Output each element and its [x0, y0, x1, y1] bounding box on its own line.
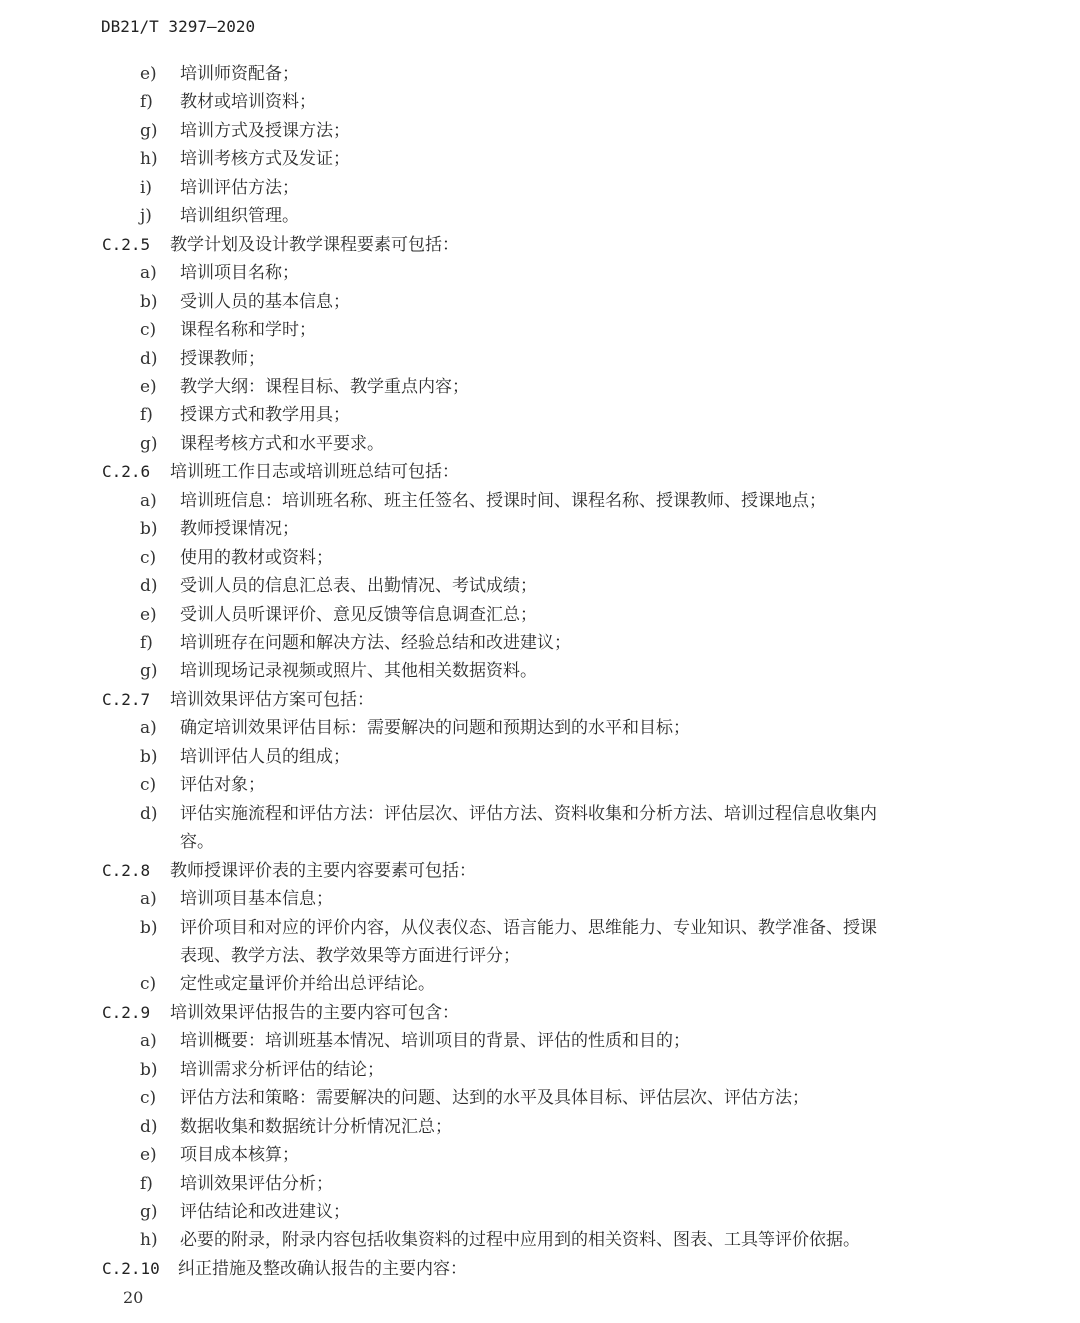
- list-item-text: 培训班存在问题和解决方法、经验总结和改进建议；: [180, 629, 571, 657]
- list-item-text: 培训现场记录视频或照片、其他相关数据资料。: [180, 657, 537, 685]
- list-item: c)定性或定量评价并给出总评结论。: [0, 970, 1080, 998]
- list-item-text: 培训需求分析评估的结论；: [180, 1056, 384, 1084]
- list-item-continuation: 容。: [0, 828, 1080, 856]
- list-item: d)评估实施流程和评估方法：评估层次、评估方法、资料收集和分析方法、培训过程信息…: [0, 800, 1080, 828]
- list-item-text: 评估结论和改进建议；: [180, 1198, 350, 1226]
- list-item: f)培训班存在问题和解决方法、经验总结和改进建议；: [0, 629, 1080, 657]
- section-heading: C.2.7培训效果评估方案可包括：: [0, 686, 1080, 714]
- list-marker: b): [140, 743, 158, 771]
- section-number: C.2.7: [102, 686, 150, 714]
- list-item-text: 培训项目名称；: [180, 259, 299, 287]
- list-marker: g): [140, 657, 158, 685]
- list-item: e)受训人员听课评价、意见反馈等信息调查汇总；: [0, 601, 1080, 629]
- list-item-text: 评估方法和策略：需要解决的问题、达到的水平及具体目标、评估层次、评估方法；: [180, 1084, 809, 1112]
- list-marker: c): [140, 544, 156, 572]
- list-item: e)教学大纲：课程目标、教学重点内容；: [0, 373, 1080, 401]
- list-marker: e): [140, 373, 157, 401]
- list-item: b)培训需求分析评估的结论；: [0, 1056, 1080, 1084]
- list-item: j)培训组织管理。: [0, 202, 1080, 230]
- list-item: d)数据收集和数据统计分析情况汇总；: [0, 1113, 1080, 1141]
- list-item-text: 教师授课情况；: [180, 515, 299, 543]
- list-item-text: 培训概要：培训班基本情况、培训项目的背景、评估的性质和目的；: [180, 1027, 690, 1055]
- list-item: h)培训考核方式及发证；: [0, 145, 1080, 173]
- list-marker: a): [140, 714, 157, 742]
- list-item: a)培训概要：培训班基本情况、培训项目的背景、评估的性质和目的；: [0, 1027, 1080, 1055]
- section-number: C.2.9: [102, 999, 150, 1027]
- list-item-text: 容。: [180, 828, 214, 856]
- list-item-text: 必要的附录，附录内容包括收集资料的过程中应用到的相关资料、图表、工具等评价依据。: [180, 1226, 860, 1254]
- list-item-text: 培训班信息：培训班名称、班主任签名、授课时间、课程名称、授课教师、授课地点；: [180, 487, 826, 515]
- list-item-text: 教学大纲：课程目标、教学重点内容；: [180, 373, 469, 401]
- list-item: f)培训效果评估分析；: [0, 1170, 1080, 1198]
- list-item-text: 培训评估人员的组成；: [180, 743, 350, 771]
- list-item-text: 受训人员的信息汇总表、出勤情况、考试成绩；: [180, 572, 537, 600]
- list-item-text: 受训人员的基本信息；: [180, 288, 350, 316]
- list-item-text: 课程考核方式和水平要求。: [180, 430, 384, 458]
- list-item-text: 培训师资配备；: [180, 60, 299, 88]
- list-item-text: 授课教师；: [180, 345, 265, 373]
- section-number: C.2.10: [102, 1255, 160, 1283]
- list-marker: a): [140, 487, 157, 515]
- list-marker: h): [140, 145, 158, 173]
- section-number: C.2.6: [102, 458, 150, 486]
- list-item: f)教材或培训资料；: [0, 88, 1080, 116]
- list-item: c)评估对象；: [0, 771, 1080, 799]
- list-item-text: 培训考核方式及发证；: [180, 145, 350, 173]
- list-item: d)授课教师；: [0, 345, 1080, 373]
- list-marker: d): [140, 345, 158, 373]
- list-marker: g): [140, 430, 158, 458]
- list-item: g)培训现场记录视频或照片、其他相关数据资料。: [0, 657, 1080, 685]
- list-item: g)评估结论和改进建议；: [0, 1198, 1080, 1226]
- list-marker: f): [140, 88, 153, 116]
- list-marker: f): [140, 401, 153, 429]
- section-title: 培训效果评估报告的主要内容可包含：: [170, 999, 459, 1027]
- list-marker: d): [140, 800, 158, 828]
- list-item-text: 评估对象；: [180, 771, 265, 799]
- list-item: f)授课方式和教学用具；: [0, 401, 1080, 429]
- list-item: b)教师授课情况；: [0, 515, 1080, 543]
- list-item: i)培训评估方法；: [0, 174, 1080, 202]
- list-item-text: 培训方式及授课方法；: [180, 117, 350, 145]
- list-marker: b): [140, 914, 158, 942]
- section-heading: C.2.8教师授课评价表的主要内容要素可包括：: [0, 857, 1080, 885]
- list-item: a)培训项目基本信息；: [0, 885, 1080, 913]
- section-heading: C.2.9培训效果评估报告的主要内容可包含：: [0, 999, 1080, 1027]
- list-marker: a): [140, 259, 157, 287]
- section-title: 纠正措施及整改确认报告的主要内容：: [178, 1255, 467, 1283]
- list-marker: g): [140, 1198, 158, 1226]
- list-marker: h): [140, 1226, 158, 1254]
- list-item-text: 培训评估方法；: [180, 174, 299, 202]
- list-marker: c): [140, 316, 156, 344]
- section-title: 教学计划及设计教学课程要素可包括：: [170, 231, 459, 259]
- list-item-text: 使用的教材或资料；: [180, 544, 333, 572]
- list-marker: c): [140, 1084, 156, 1112]
- list-item-text: 培训项目基本信息；: [180, 885, 333, 913]
- list-marker: b): [140, 1056, 158, 1084]
- page-number: 20: [123, 1288, 143, 1307]
- list-item-text: 项目成本核算；: [180, 1141, 299, 1169]
- list-item-text: 数据收集和数据统计分析情况汇总；: [180, 1113, 452, 1141]
- list-item-text: 授课方式和教学用具；: [180, 401, 350, 429]
- list-item: b)受训人员的基本信息；: [0, 288, 1080, 316]
- list-marker: c): [140, 970, 156, 998]
- section-title: 培训效果评估方案可包括：: [170, 686, 374, 714]
- list-marker: e): [140, 601, 157, 629]
- list-marker: g): [140, 117, 158, 145]
- list-item: a)确定培训效果评估目标：需要解决的问题和预期达到的水平和目标；: [0, 714, 1080, 742]
- list-marker: d): [140, 572, 158, 600]
- list-item-text: 教材或培训资料；: [180, 88, 316, 116]
- list-marker: j): [140, 202, 152, 230]
- list-marker: a): [140, 885, 157, 913]
- section-heading: C.2.10纠正措施及整改确认报告的主要内容：: [0, 1255, 1080, 1283]
- list-item: a)培训班信息：培训班名称、班主任签名、授课时间、课程名称、授课教师、授课地点；: [0, 487, 1080, 515]
- list-item: h)必要的附录，附录内容包括收集资料的过程中应用到的相关资料、图表、工具等评价依…: [0, 1226, 1080, 1254]
- list-marker: a): [140, 1027, 157, 1055]
- list-item-text: 评估实施流程和评估方法：评估层次、评估方法、资料收集和分析方法、培训过程信息收集…: [180, 800, 877, 828]
- list-item-continuation: 表现、教学方法、教学效果等方面进行评分；: [0, 942, 1080, 970]
- list-item: b)评价项目和对应的评价内容，从仪表仪态、语言能力、思维能力、专业知识、教学准备…: [0, 914, 1080, 942]
- list-item: c)评估方法和策略：需要解决的问题、达到的水平及具体目标、评估层次、评估方法；: [0, 1084, 1080, 1112]
- list-item-text: 定性或定量评价并给出总评结论。: [180, 970, 435, 998]
- list-item: e)项目成本核算；: [0, 1141, 1080, 1169]
- section-title: 培训班工作日志或培训班总结可包括：: [170, 458, 459, 486]
- list-item-text: 表现、教学方法、教学效果等方面进行评分；: [180, 942, 520, 970]
- section-heading: C.2.5教学计划及设计教学课程要素可包括：: [0, 231, 1080, 259]
- list-marker: i): [140, 174, 152, 202]
- list-marker: d): [140, 1113, 158, 1141]
- list-marker: e): [140, 1141, 157, 1169]
- list-item-text: 受训人员听课评价、意见反馈等信息调查汇总；: [180, 601, 537, 629]
- section-heading: C.2.6培训班工作日志或培训班总结可包括：: [0, 458, 1080, 486]
- document-code-header: DB21/T 3297—2020: [101, 17, 255, 36]
- list-item: e)培训师资配备；: [0, 60, 1080, 88]
- list-marker: b): [140, 288, 158, 316]
- section-title: 教师授课评价表的主要内容要素可包括：: [170, 857, 476, 885]
- list-marker: c): [140, 771, 156, 799]
- list-item: g)课程考核方式和水平要求。: [0, 430, 1080, 458]
- list-item-text: 评价项目和对应的评价内容，从仪表仪态、语言能力、思维能力、专业知识、教学准备、授…: [180, 914, 877, 942]
- list-item: a)培训项目名称；: [0, 259, 1080, 287]
- section-number: C.2.5: [102, 231, 150, 259]
- list-marker: f): [140, 629, 153, 657]
- list-marker: b): [140, 515, 158, 543]
- section-number: C.2.8: [102, 857, 150, 885]
- list-item: g)培训方式及授课方法；: [0, 117, 1080, 145]
- list-item-text: 课程名称和学时；: [180, 316, 316, 344]
- list-item: d)受训人员的信息汇总表、出勤情况、考试成绩；: [0, 572, 1080, 600]
- list-item-text: 确定培训效果评估目标：需要解决的问题和预期达到的水平和目标；: [180, 714, 690, 742]
- list-item: b)培训评估人员的组成；: [0, 743, 1080, 771]
- list-marker: e): [140, 60, 157, 88]
- list-item-text: 培训效果评估分析；: [180, 1170, 333, 1198]
- list-item: c)课程名称和学时；: [0, 316, 1080, 344]
- list-item: c)使用的教材或资料；: [0, 544, 1080, 572]
- list-marker: f): [140, 1170, 153, 1198]
- list-item-text: 培训组织管理。: [180, 202, 299, 230]
